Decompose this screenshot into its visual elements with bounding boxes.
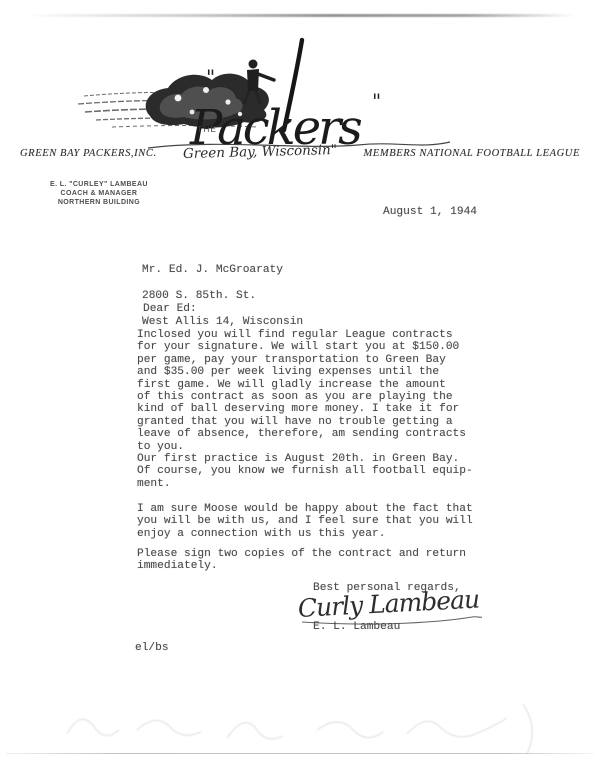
packers-letterhead-logo: " Packers THE " [0, 28, 600, 153]
reference-initials: el/bs [135, 642, 169, 654]
recipient-street: 2800 S. 85th. St. [142, 290, 303, 303]
letter-date: August 1, 1944 [383, 206, 477, 218]
body-paragraph-1: Inclosed you will find regular League co… [137, 329, 466, 453]
org-league-text: MEMBERS NATIONAL FOOTBALL LEAGUE [364, 148, 580, 159]
coach-info-block: E. L. "CURLEY" LAMBEAU COACH & MANAGER N… [50, 180, 148, 207]
logo-open-quote: " [206, 65, 215, 89]
scan-smudge-artifact [25, 14, 575, 17]
coach-name: E. L. "CURLEY" LAMBEAU [50, 180, 148, 189]
scanned-letter-page: " Packers THE " GREEN BAY PACKERS,INC. G… [0, 0, 600, 776]
logo-the-text: THE [197, 124, 217, 134]
coach-title: COACH & MANAGER [50, 189, 148, 198]
recipient-name: Mr. Ed. J. McGroaraty [142, 264, 303, 277]
logo-close-quote: " [372, 89, 381, 113]
scan-edge-line-artifact [6, 753, 594, 754]
org-name-text: GREEN BAY PACKERS,INC. [20, 148, 157, 159]
ghost-handwriting-artifact [55, 698, 545, 758]
letterhead-org-line: GREEN BAY PACKERS,INC. Green Bay, Wiscon… [20, 147, 580, 160]
coach-building: NORTHERN BUILDING [50, 198, 148, 207]
body-paragraph-4: Please sign two copies of the contract a… [137, 548, 466, 573]
salutation: Dear Ed: [143, 303, 197, 315]
body-paragraph-3: I am sure Moose would be happy about the… [137, 503, 473, 540]
recipient-city: West Allis 14, Wisconsin [142, 316, 303, 329]
org-city-script-text: Green Bay, Wisconsin" [183, 142, 337, 162]
body-paragraph-2: Our first practice is August 20th. in Gr… [137, 453, 473, 490]
typed-signer-name: E. L. Lambeau [313, 621, 400, 633]
